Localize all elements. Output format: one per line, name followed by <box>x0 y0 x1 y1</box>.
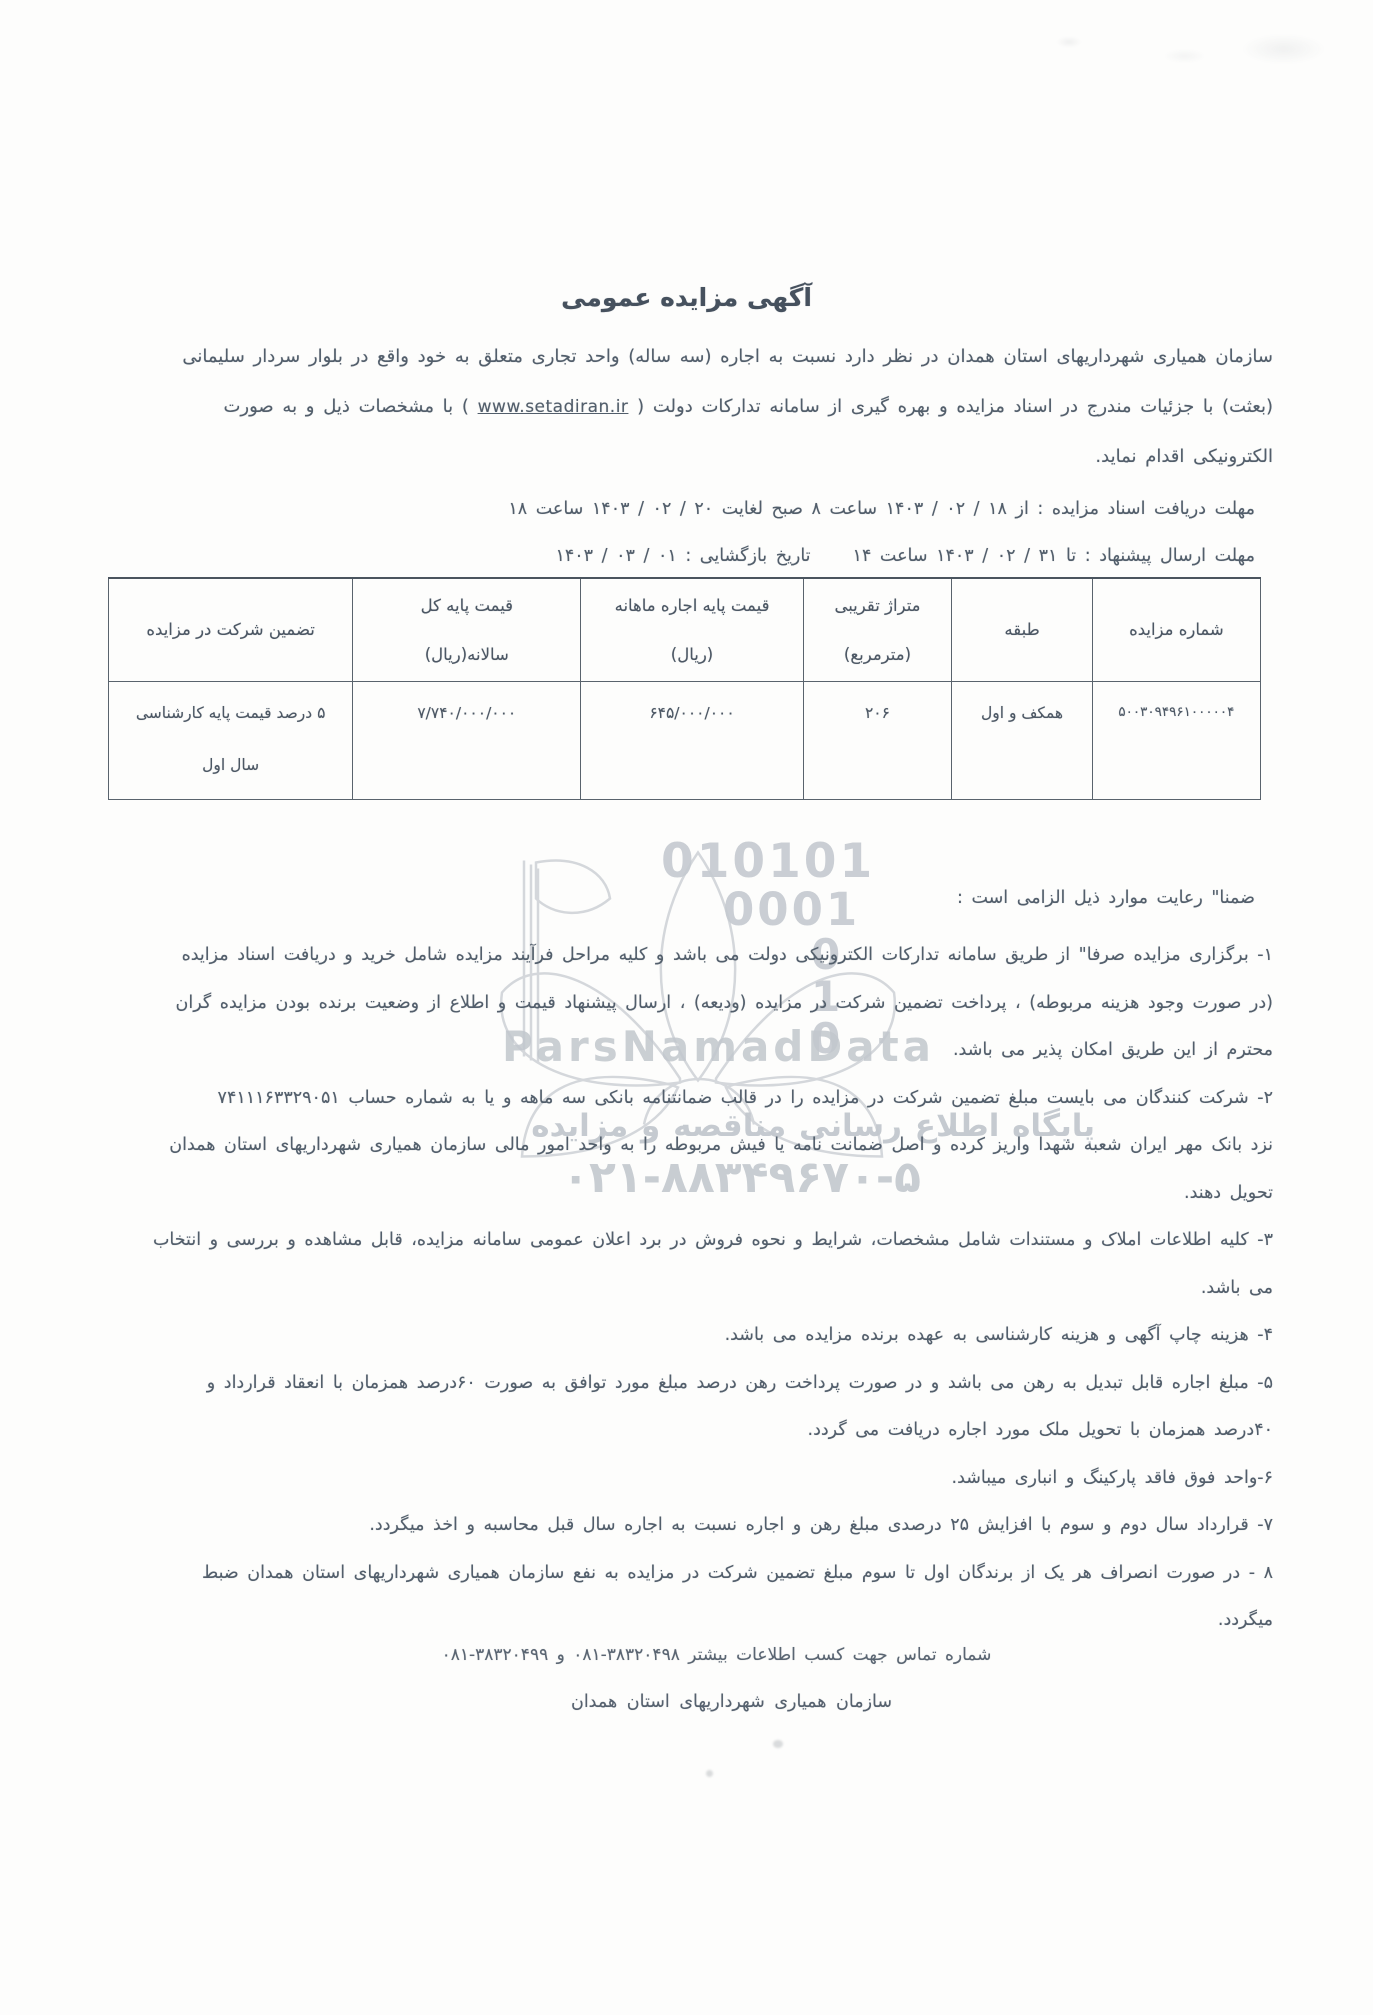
cell-monthly-rent: ۶۴۵/۰۰۰/۰۰۰ <box>581 681 803 799</box>
deadlines-block: مهلت دریافت اسناد مزایده : از ۱۸ / ۰۲ / … <box>100 486 1255 580</box>
note-line: ۴- هزینه چاپ آگهی و هزینه کارشناسی به عه… <box>96 1312 1273 1360</box>
intro-line-2: (بعثت) با جزئیات مندرج در اسناد مزایده و… <box>100 382 1273 432</box>
note-line: (در صورت وجود هزینه مربوطه) ، پرداخت تضم… <box>96 980 1273 1028</box>
auction-details-table: شماره مزایده طبقه متراژ تقریبی(مترمربع) … <box>108 577 1261 800</box>
contact-phone-line: شماره تماس جهت کسب اطلاعات بیشتر ۳۸۳۲۰۴۹… <box>30 1645 1373 1665</box>
watermark-digits-row2: 0001 <box>543 887 973 934</box>
note-line: محترم از این طریق امکان پذیر می باشد. <box>96 1027 1273 1075</box>
organization-signature: سازمان همیاری شهرداریهای استان همدان <box>45 1692 1373 1712</box>
intro-line-2-post: ) با مشخصات ذیل و به صورت <box>223 396 477 417</box>
note-line: ۶-واحد فوق فاقد پارکینگ و انباری میباشد. <box>96 1455 1273 1503</box>
opening-date: تاریخ بازگشایی : ۰۱ / ۰۳ / ۱۴۰۳ <box>555 533 810 580</box>
note-line: ۸ - در صورت انصراف هر یک از برندگان اول … <box>96 1550 1273 1598</box>
deadline-submit: مهلت ارسال پیشنهاد : تا ۳۱ / ۰۲ / ۱۴۰۳ س… <box>853 546 1255 566</box>
cell-floor: همکف و اول <box>952 681 1093 799</box>
note-line: ۷- قرارداد سال دوم و سوم با افزایش ۲۵ در… <box>96 1502 1273 1550</box>
notes-heading: ضمنا" رعایت موارد ذیل الزامی است : <box>957 888 1255 908</box>
scanned-auction-notice-page: 010101 0001 0 1 0 ParsNamadData پایگاه ا… <box>0 0 1373 2015</box>
note-line: ۳- کلیه اطلاعات املاک و مستندات شامل مشخ… <box>96 1217 1273 1265</box>
note-line: تحویل دهند. <box>96 1170 1273 1218</box>
watermark-digits-row1: 010101 <box>543 838 973 887</box>
note-line: می باشد. <box>96 1265 1273 1313</box>
note-line: نزد بانک مهر ایران شعبه شهدا واریز کرده … <box>96 1122 1273 1170</box>
cell-area: ۲۰۶ <box>803 681 952 799</box>
scan-speck <box>773 1740 783 1748</box>
scan-speck <box>706 1770 713 1777</box>
note-line: ۵- مبلغ اجاره قابل تبدیل به رهن می باشد … <box>96 1360 1273 1408</box>
header-guarantee: تضمین شرکت در مزایده <box>109 578 353 681</box>
cell-annual-total: ۷/۷۴۰/۰۰۰/۰۰۰ <box>353 681 581 799</box>
cell-guarantee: ۵ درصد قیمت پایه کارشناسی سال اول <box>109 681 353 799</box>
intro-line-1: سازمان همیاری شهرداریهای استان همدان در … <box>100 332 1273 382</box>
setadiran-url: www.setadiran.ir <box>478 397 629 417</box>
note-line: ۴۰درصد همزمان با تحویل ملک مورد اجاره در… <box>96 1407 1273 1455</box>
note-line: میگردد. <box>96 1597 1273 1645</box>
cell-auction-number: ۵۰۰۳۰۹۴۹۶۱۰۰۰۰۰۴ <box>1092 681 1260 799</box>
header-annual-total: قیمت پایه کلسالانه(ریال) <box>353 578 581 681</box>
header-area: متراژ تقریبی(مترمربع) <box>803 578 952 681</box>
table-header-row: شماره مزایده طبقه متراژ تقریبی(مترمربع) … <box>109 578 1261 681</box>
header-auction-number: شماره مزایده <box>1092 578 1260 681</box>
note-line: ۱- برگزاری مزایده صرفا" از طریق سامانه ت… <box>96 932 1273 980</box>
note-line: ۲- شرکت کنندگان می بایست مبلغ تضمین شرکت… <box>96 1075 1273 1123</box>
intro-line-3: الکترونیکی اقدام نماید. <box>100 432 1273 482</box>
deadline-receive-line: مهلت دریافت اسناد مزایده : از ۱۸ / ۰۲ / … <box>100 486 1255 533</box>
notes-list: ۱- برگزاری مزایده صرفا" از طریق سامانه ت… <box>96 932 1273 1645</box>
header-monthly-rent: قیمت پایه اجاره ماهانه(ریال) <box>581 578 803 681</box>
table-data-row: ۵۰۰۳۰۹۴۹۶۱۰۰۰۰۰۴ همکف و اول ۲۰۶ ۶۴۵/۰۰۰/… <box>109 681 1261 799</box>
notice-title: آگهی مزایده عمومی <box>0 283 1373 312</box>
header-floor: طبقه <box>952 578 1093 681</box>
scan-noise-artifact <box>1003 14 1333 84</box>
intro-paragraph: سازمان همیاری شهرداریهای استان همدان در … <box>100 332 1273 482</box>
intro-line-2-pre: (بعثت) با جزئیات مندرج در اسناد مزایده و… <box>628 396 1273 417</box>
deadline-submit-line: مهلت ارسال پیشنهاد : تا ۳۱ / ۰۲ / ۱۴۰۳ س… <box>100 533 1255 580</box>
